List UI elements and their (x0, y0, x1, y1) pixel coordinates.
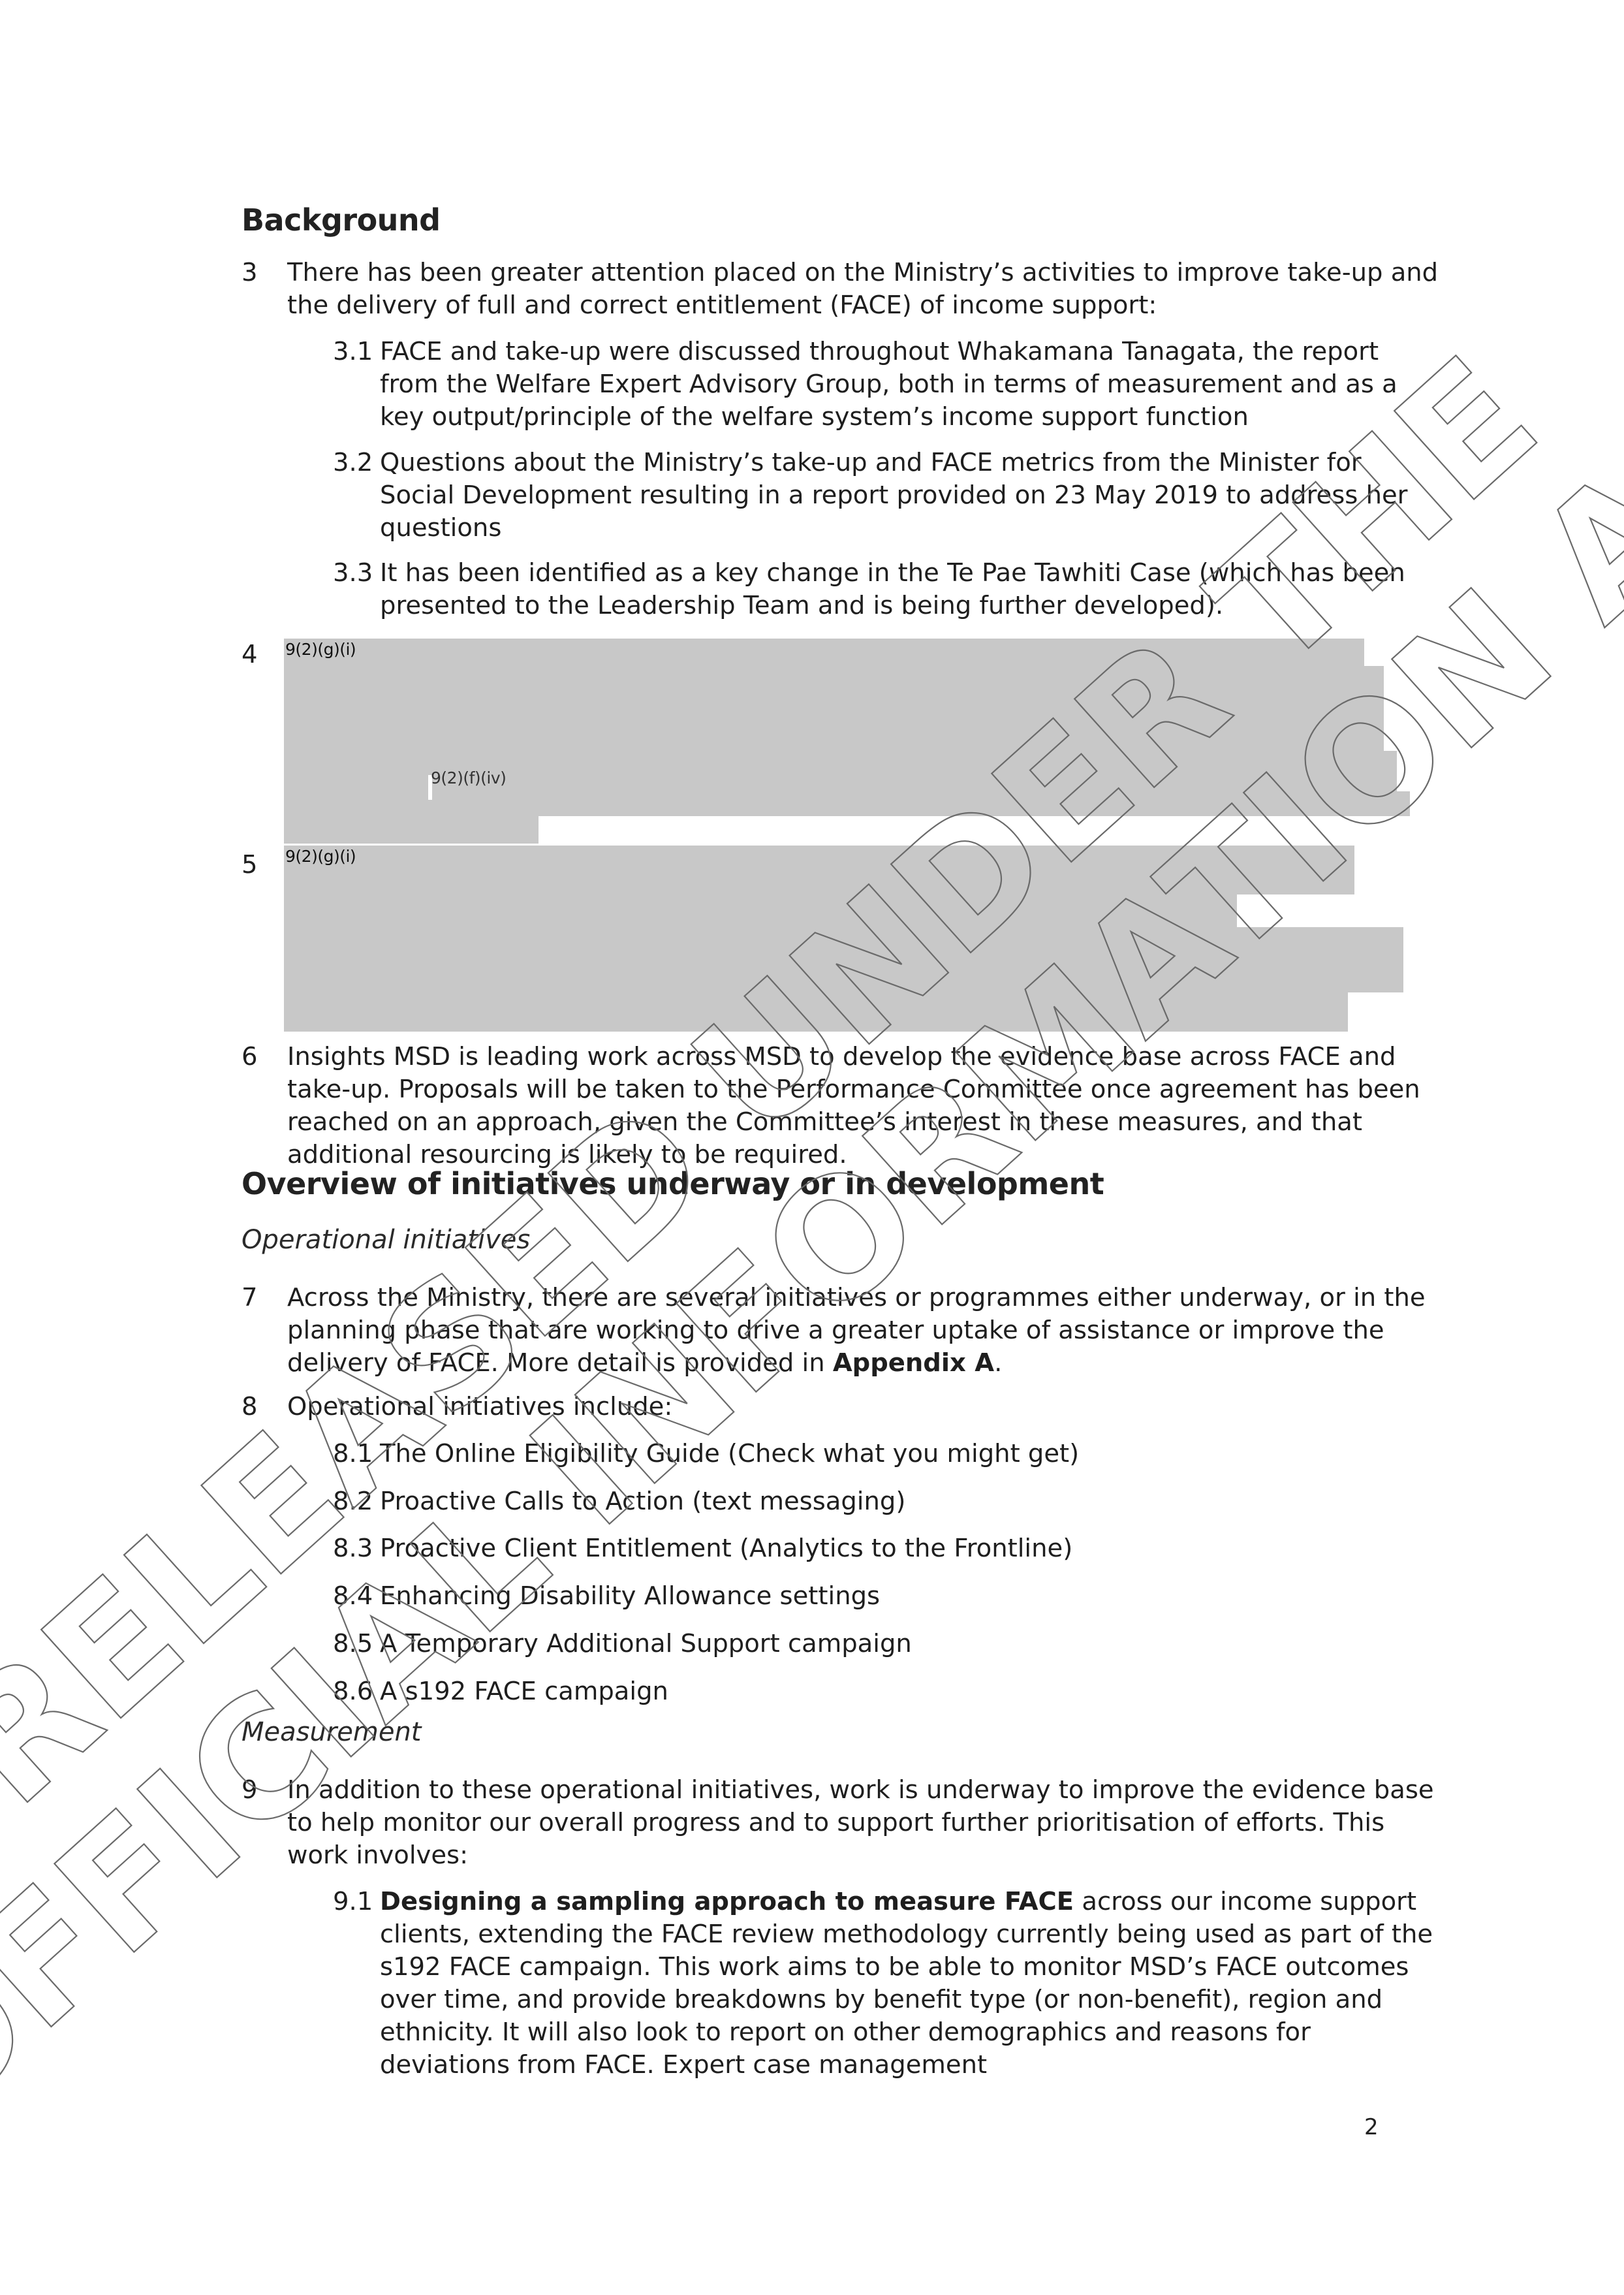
subparagraph-number: 8.6 (333, 1675, 373, 1708)
subparagraph-number: 3.2 (333, 447, 373, 479)
subparagraph-number: 9.1 (333, 1886, 373, 1918)
paragraph-number: 4 (242, 639, 281, 671)
subparagraph-8-2: 8.2 Proactive Calls to Action (text mess… (333, 1485, 1443, 1518)
subparagraph-number: 8.1 (333, 1438, 373, 1470)
appendix-reference: Appendix A (833, 1348, 994, 1378)
subparagraph-text: Questions about the Ministry’s take-up a… (380, 447, 1443, 545)
page-number: 2 (1364, 2114, 1379, 2140)
paragraph-3: 3 There has been greater attention place… (242, 257, 1443, 322)
subparagraph-3-2: 3.2 Questions about the Ministry’s take-… (333, 447, 1443, 545)
paragraph-number: 6 (242, 1041, 281, 1073)
subheading-operational: Operational initiatives (242, 1225, 530, 1255)
subparagraph-text: Proactive Calls to Action (text messagin… (380, 1485, 1443, 1518)
document-page: Background 3 There has been greater atte… (0, 0, 1624, 2295)
subparagraph-8-6: 8.6 A s192 FACE campaign (333, 1675, 1443, 1708)
heading-overview: Overview of initiatives underway or in d… (242, 1166, 1104, 1201)
redaction-code: 9(2)(g)(i) (285, 640, 356, 659)
subparagraph-text: The Online Eligibility Guide (Check what… (380, 1438, 1443, 1470)
subparagraph-text: FACE and take-up were discussed througho… (380, 336, 1443, 434)
redaction-code: 9(2)(g)(i) (285, 847, 356, 866)
subheading-measurement: Measurement (242, 1717, 422, 1747)
subparagraph-number: 8.5 (333, 1628, 373, 1660)
paragraph-text: Across the Ministry, there are several i… (287, 1282, 1443, 1380)
subparagraph-number: 3.1 (333, 336, 373, 368)
subparagraph-8-3: 8.3 Proactive Client Entitlement (Analyt… (333, 1532, 1443, 1565)
subparagraph-8-4: 8.4 Enhancing Disability Allowance setti… (333, 1580, 1443, 1613)
subparagraph-text: A s192 FACE campaign (380, 1675, 1443, 1708)
paragraph-text: Insights MSD is leading work across MSD … (287, 1041, 1443, 1171)
subparagraph-number: 8.2 (333, 1485, 373, 1518)
subparagraph-number: 8.4 (333, 1580, 373, 1613)
paragraph-6: 6 Insights MSD is leading work across MS… (242, 1041, 1443, 1171)
paragraph-number: 5 (242, 849, 281, 881)
paragraph-number: 9 (242, 1774, 281, 1807)
subparagraph-text: Enhancing Disability Allowance settings (380, 1580, 1443, 1613)
paragraph-number: 8 (242, 1391, 281, 1423)
paragraph-text: In addition to these operational initiat… (287, 1774, 1443, 1872)
paragraph-7: 7 Across the Ministry, there are several… (242, 1282, 1443, 1380)
subparagraph-3-3: 3.3 It has been identified as a key chan… (333, 557, 1443, 622)
subparagraph-number: 8.3 (333, 1532, 373, 1565)
paragraph-number: 7 (242, 1282, 281, 1314)
subparagraph-3-1: 3.1 FACE and take-up were discussed thro… (333, 336, 1443, 434)
paragraph-text: There has been greater attention placed … (287, 257, 1443, 322)
subparagraph-number: 3.3 (333, 557, 373, 590)
subparagraph-8-5: 8.5 A Temporary Additional Support campa… (333, 1628, 1443, 1660)
subparagraph-text: It has been identified as a key change i… (380, 557, 1443, 622)
subparagraph-9-1: 9.1 Designing a sampling approach to mea… (333, 1886, 1443, 2081)
paragraph-8: 8 Operational initiatives include: (242, 1391, 1443, 1423)
subparagraph-text: Designing a sampling approach to measure… (380, 1886, 1443, 2081)
paragraph-number: 3 (242, 257, 281, 289)
subparagraph-text: Proactive Client Entitlement (Analytics … (380, 1532, 1443, 1565)
heading-background: Background (242, 202, 441, 238)
subparagraph-text: A Temporary Additional Support campaign (380, 1628, 1443, 1660)
redaction-code-inner: 9(2)(f)(iv) (431, 768, 506, 787)
paragraph-text: Operational initiatives include: (287, 1391, 1443, 1423)
paragraph-9: 9 In addition to these operational initi… (242, 1774, 1443, 1872)
subparagraph-8-1: 8.1 The Online Eligibility Guide (Check … (333, 1438, 1443, 1470)
bold-lead: Designing a sampling approach to measure… (380, 1887, 1074, 1916)
